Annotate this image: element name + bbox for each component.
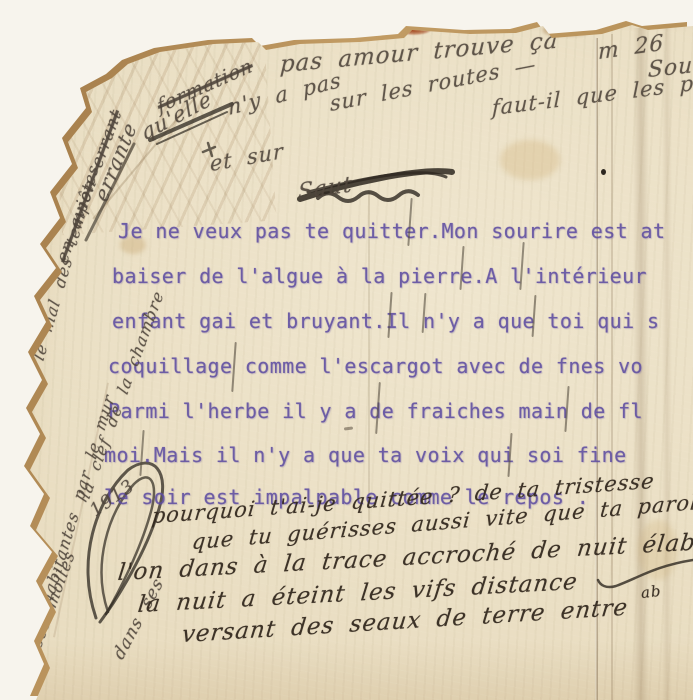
insertion-mark: ab: [640, 582, 662, 602]
manuscript-photo: Je ne veux pas te quitter.Mon sourire es…: [0, 0, 693, 700]
fold-shadow-right-2: [662, 26, 672, 700]
typed-line: baiser de l'algue à la pierre.A l'intéri…: [112, 264, 647, 288]
typed-line: Je ne veux pas te quitter.Mon sourire es…: [118, 219, 665, 243]
ink-dot: [601, 169, 606, 175]
paper-sheet: Je ne veux pas te quitter.Mon sourire es…: [0, 0, 693, 700]
typed-line: moi.Mais il n'y a que ta voix qui soi fi…: [104, 443, 627, 467]
typed-line: enfant gai et bruyant.Il n'y a que toi q…: [112, 309, 659, 333]
fox-spot-1: [500, 140, 560, 180]
typed-line: coquillage comme l'escargot avec de fnes…: [108, 354, 643, 378]
